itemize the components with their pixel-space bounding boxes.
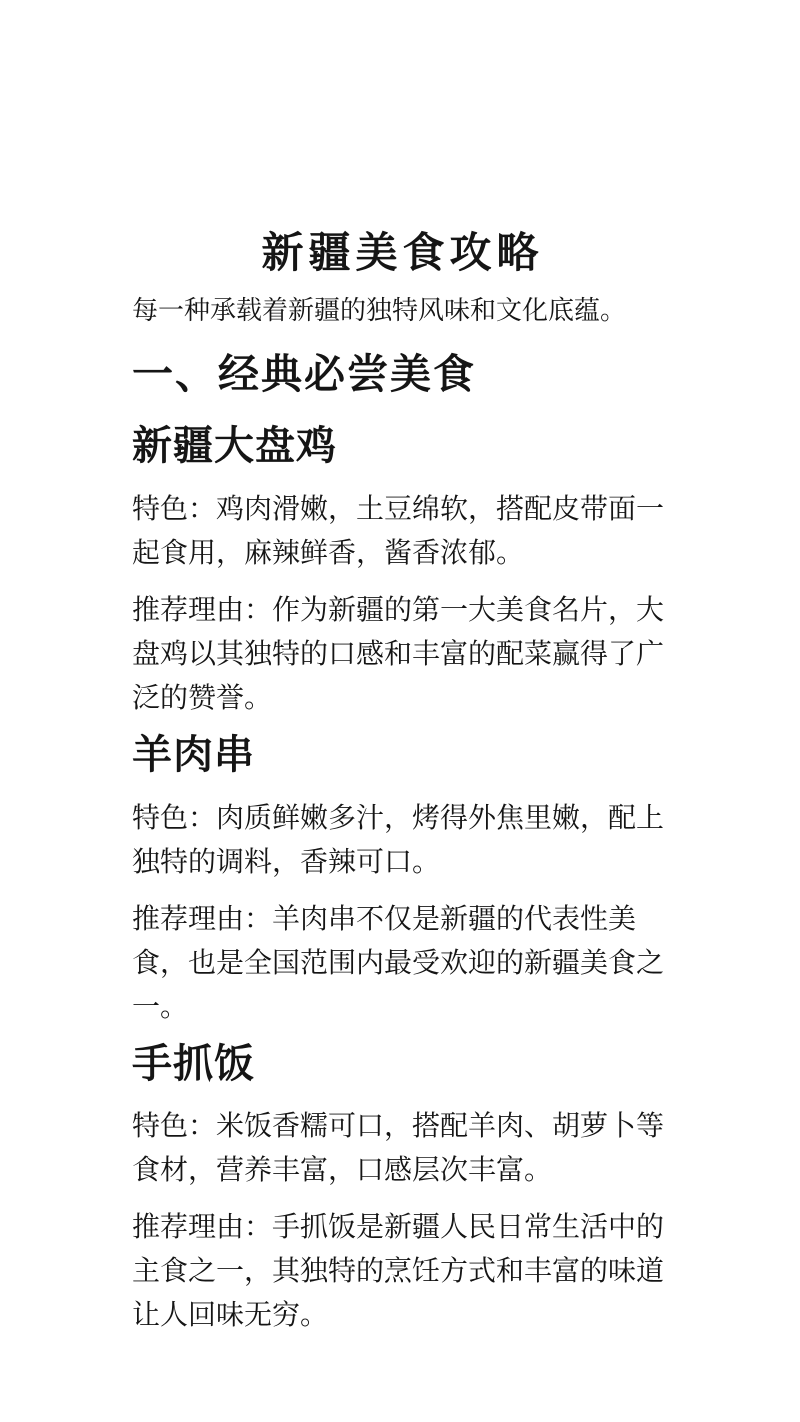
dish-feature-shouzhuafan: 特色：米饭香糯可口，搭配羊肉、胡萝卜等食材，营养丰富，口感层次丰富。 — [132, 1104, 668, 1192]
page-title: 新疆美食攻略 — [132, 230, 668, 276]
dish-section-shouzhuafan: 手抓饭 特色：米饭香糯可口，搭配羊肉、胡萝卜等食材，营养丰富，口感层次丰富。 推… — [132, 1042, 668, 1338]
dish-feature-yangrouchuan: 特色：肉质鲜嫩多汁，烤得外焦里嫩，配上独特的调料，香辣可口。 — [132, 796, 668, 884]
dish-name-yangrouchuan: 羊肉串 — [132, 733, 668, 778]
dish-section-yangrouchuan: 羊肉串 特色：肉质鲜嫩多汁，烤得外焦里嫩，配上独特的调料，香辣可口。 推荐理由：… — [132, 733, 668, 1029]
dish-feature-dapanji: 特色：鸡肉滑嫩，土豆绵软，搭配皮带面一起食用，麻辣鲜香，酱香浓郁。 — [132, 487, 668, 575]
dish-reason-yangrouchuan: 推荐理由：羊肉串不仅是新疆的代表性美食，也是全国范围内最受欢迎的新疆美食之一。 — [132, 897, 668, 1029]
dish-name-dapanji: 新疆大盘鸡 — [132, 424, 668, 469]
intro-text: 每一种承载着新疆的独特风味和文化底蕴。 — [132, 292, 668, 328]
dish-reason-dapanji: 推荐理由：作为新疆的第一大美食名片，大盘鸡以其独特的口感和丰富的配菜赢得了广泛的… — [132, 588, 668, 720]
section-heading: 一、经典必尝美食 — [132, 352, 668, 398]
dish-section-dapanji: 新疆大盘鸡 特色：鸡肉滑嫩，土豆绵软，搭配皮带面一起食用，麻辣鲜香，酱香浓郁。 … — [132, 424, 668, 720]
dish-name-shouzhuafan: 手抓饭 — [132, 1042, 668, 1087]
dish-reason-shouzhuafan: 推荐理由：手抓饭是新疆人民日常生活中的主食之一，其独特的烹饪方式和丰富的味道让人… — [132, 1205, 668, 1337]
article-page: 新疆美食攻略 每一种承载着新疆的独特风味和文化底蕴。 一、经典必尝美食 新疆大盘… — [0, 0, 800, 1422]
